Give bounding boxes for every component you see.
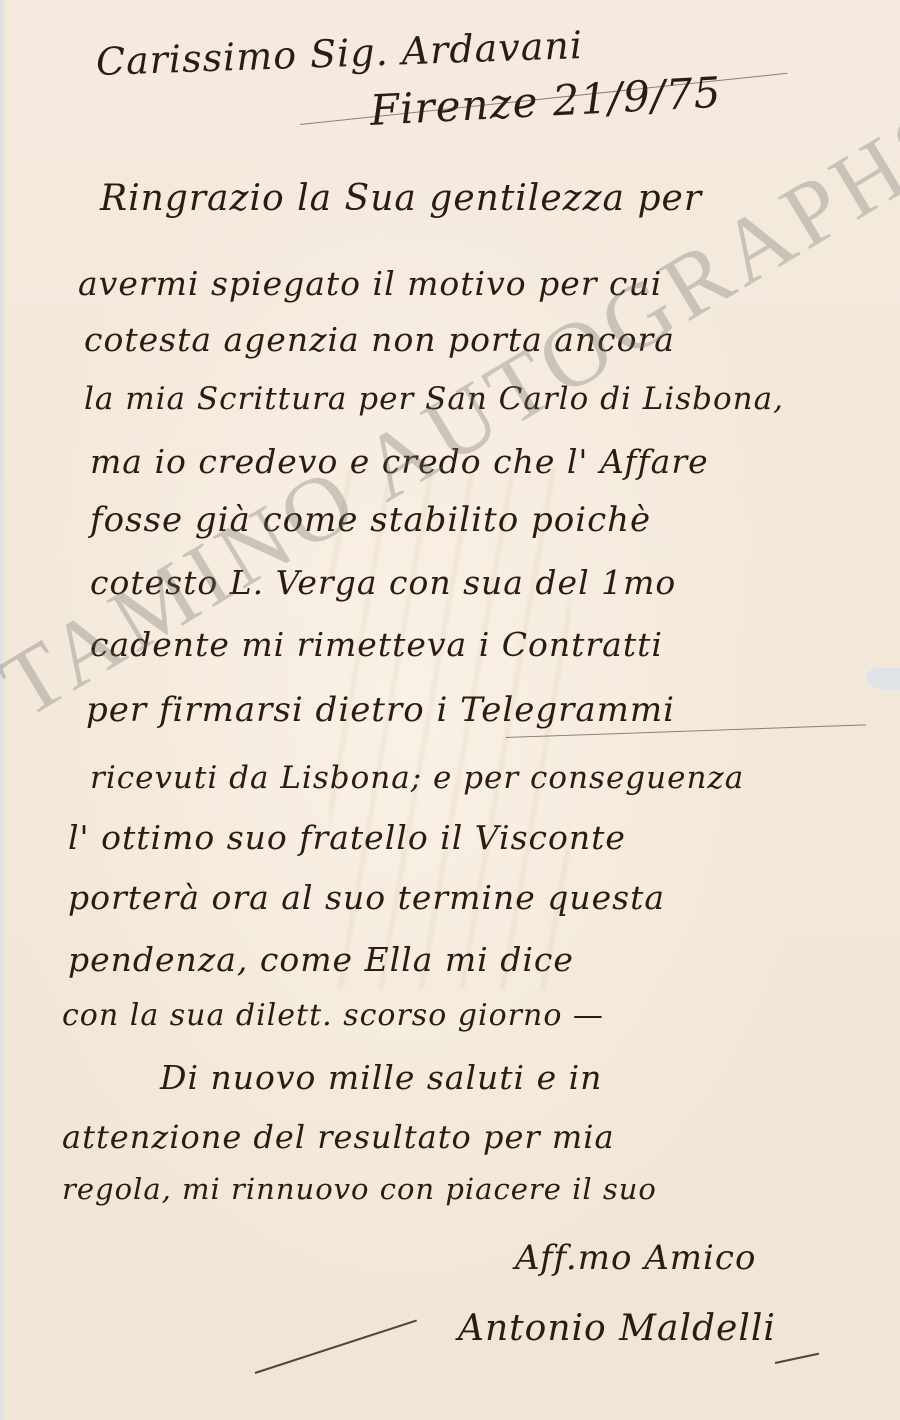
paper-edge — [0, 0, 5, 1420]
body-line-15: Di nuovo mille saluti e in — [160, 1058, 602, 1097]
body-line-11: l' ottimo suo fratello il Visconte — [68, 818, 626, 857]
body-line-17: regola, mi rinnuovo con piacere il suo — [62, 1172, 657, 1206]
signature: Antonio Maldelli — [458, 1308, 776, 1349]
body-line-12: porterà ora al suo termine questa — [68, 878, 665, 917]
body-line-1: Ringrazio la Sua gentilezza per — [100, 178, 702, 219]
body-line-9: per firmarsi dietro i Telegrammi — [86, 690, 675, 730]
body-line-16: attenzione del resultato per mia — [62, 1118, 615, 1156]
body-line-10: ricevuti da Lisbona; e per conseguenza — [90, 760, 744, 796]
closing: Aff.mo Amico — [515, 1238, 756, 1278]
body-line-14: con la sua dilett. scorso giorno — — [62, 998, 604, 1033]
body-line-13: pendenza, come Ella mi dice — [68, 940, 574, 979]
